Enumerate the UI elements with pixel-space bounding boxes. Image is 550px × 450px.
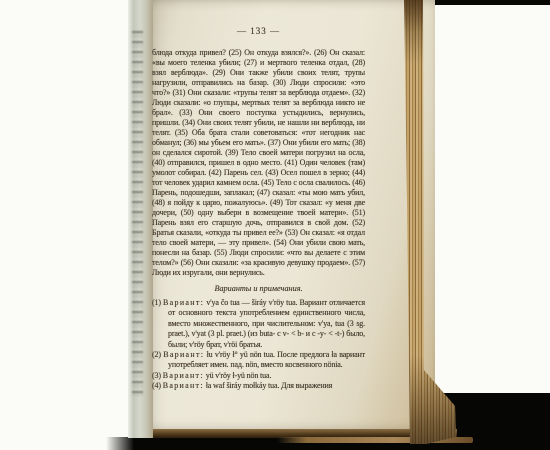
variant-item: (4) Вариант: ła waf širáy mołkáy tua. Дл…: [152, 381, 365, 391]
story-paragraph: блюда откуда привел? (25) Он откуда взял…: [152, 48, 365, 278]
variants-list: (1) Вариант: v'ya čo tua — širáy v'röy t…: [152, 298, 365, 392]
variant-text: ła waf širáy mołkáy tua. Для выражения: [206, 381, 332, 390]
variant-keyword: Вариант:: [163, 371, 204, 380]
page-number: — 133 —: [152, 26, 365, 36]
variant-number: (3): [152, 371, 161, 380]
section-heading: Варианты и примечания.: [152, 284, 365, 293]
page-content: — 133 — блюда откуда привел? (25) Он отк…: [152, 26, 365, 392]
variant-keyword: Вариант:: [163, 381, 204, 390]
left-page-edge: [128, 0, 153, 438]
variant-number: (4): [152, 381, 161, 390]
variant-item: (1) Вариант: v'ya čo tua — širáy v'röy t…: [152, 298, 365, 350]
variant-keyword: Вариант:: [163, 350, 204, 359]
variant-number: (2): [152, 350, 161, 359]
book-photo: — 133 — блюда откуда привел? (25) Он отк…: [0, 0, 550, 450]
variant-item: (2) Вариант: łu v'röy ł° yü nön tua. Пос…: [152, 350, 365, 371]
backdrop-top-strip: [421, 0, 550, 5]
left-page-blurred-text: [132, 28, 143, 396]
variant-text: yü v'röy ł-yü nön tua.: [206, 371, 271, 380]
variant-item: (3) Вариант: yü v'röy ł-yü nön tua.: [152, 371, 365, 381]
variant-number: (1): [152, 298, 161, 307]
variant-keyword: Вариант:: [163, 298, 204, 307]
